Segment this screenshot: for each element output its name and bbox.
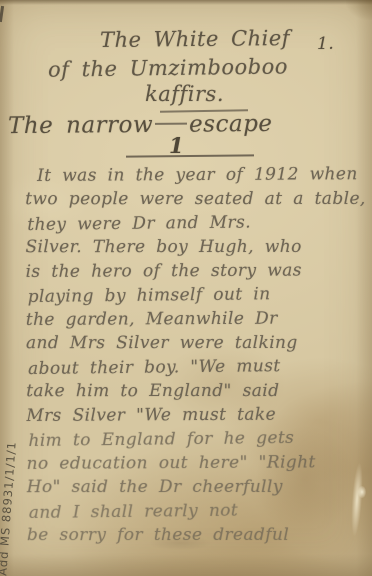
ink-speck	[0, 6, 4, 22]
manuscript-line: is the hero of the story was	[25, 258, 372, 284]
manuscript-line: two people were seated at a table,	[25, 187, 372, 211]
manuscript-line: and I shall rearly not	[29, 497, 372, 525]
manuscript-body: It was in the year of 1912 whentwo peopl…	[25, 162, 372, 548]
manuscript-line: no education out here" "Right	[27, 450, 372, 476]
heading-dash-line	[155, 123, 187, 125]
chapter-heading-part1: The narrow	[8, 112, 153, 139]
manuscript-page: The White Chief 1. of the Umzimbooboo ka…	[0, 0, 372, 576]
manuscript-line: Ho" said the Dr cheerfully	[27, 475, 372, 499]
story-title-line-2: of the Umzimbooboo	[48, 54, 288, 81]
manuscript-line: playing by himself out in	[28, 281, 372, 309]
manuscript-line: about their boy. "We must	[28, 353, 372, 381]
page-number: 1.	[317, 34, 334, 54]
manuscript-line: take him to England" said	[26, 379, 372, 403]
story-title-line-1: The White Chief	[100, 26, 290, 52]
manuscript-line: him to England for he gets	[28, 425, 372, 453]
corner-shadow	[346, 0, 372, 20]
manuscript-line: be sorry for these dreadful	[27, 523, 372, 547]
chapter-heading: The narrowescape	[8, 111, 273, 139]
manuscript-line: Mrs Silver "We must take	[26, 402, 372, 428]
chapter-heading-part2: escape	[189, 111, 273, 138]
manuscript-line: It was in the year of 1912 when	[25, 162, 372, 188]
story-title-line-3: kaffirs.	[145, 82, 224, 106]
manuscript-line: and Mrs Silver were talking	[26, 331, 372, 355]
manuscript-line: they were Dr and Mrs.	[27, 209, 372, 237]
archive-shelfmark-label: Add MS 88931/1/1/1	[0, 384, 23, 576]
chapter-number-underline	[126, 154, 254, 157]
manuscript-line: the garden, Meanwhile Dr	[26, 306, 372, 332]
manuscript-line: Silver. There boy Hugh, who	[25, 235, 372, 259]
